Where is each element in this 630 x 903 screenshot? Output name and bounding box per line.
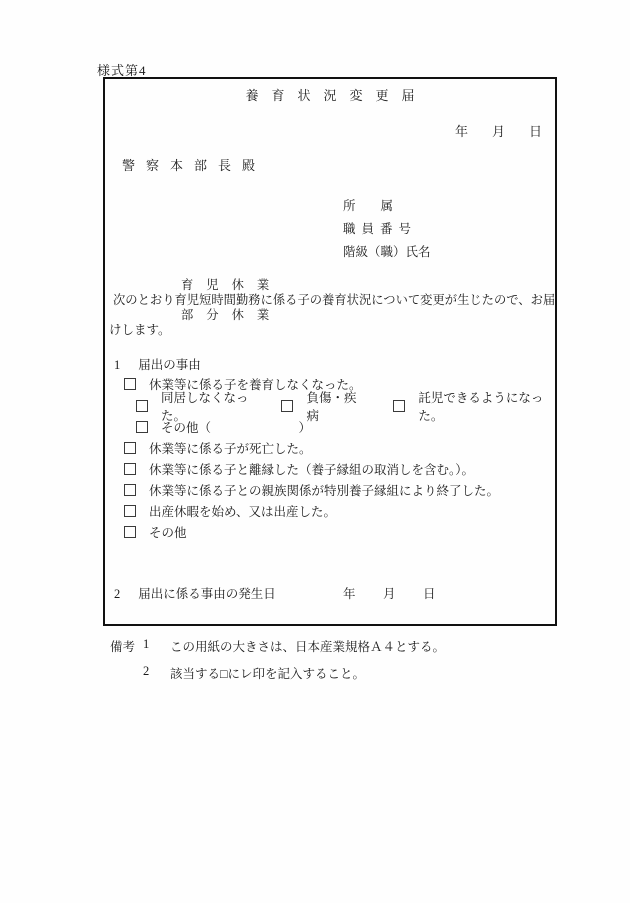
form-title: 養育状況変更届 <box>105 85 555 104</box>
checkbox-icon[interactable] <box>136 421 148 433</box>
occurrence-month-label: 月 <box>383 584 396 602</box>
sub-reason-label: 負傷・疾病 <box>306 388 363 424</box>
reason-label: 休業等に係る子が死亡した。 <box>149 439 312 457</box>
reason-item-maternity-leave: 出産休暇を始め、又は出産した。 <box>124 504 336 518</box>
affiliation-label: 所 属 <box>343 195 431 218</box>
note2-text: 該当する□にレ印を記入すること。 <box>170 664 365 682</box>
date-day-label: 日 <box>529 121 542 140</box>
note1-number: 1 <box>143 637 149 652</box>
note1-text: この用紙の大きさは、日本産業規格Ａ４とする。 <box>170 637 445 655</box>
form-border-box: 養育状況変更届 年 月 日 警察本部長殿 所 属 職員番号 階級（職）氏名 育児… <box>103 77 557 626</box>
checkbox-icon[interactable] <box>281 400 293 412</box>
checkbox-icon[interactable] <box>136 400 148 412</box>
reason-subitems-row: 同居しなくなった。 負傷・疾病 託児できるようになった。 <box>136 399 555 413</box>
checkbox-icon[interactable] <box>124 505 136 517</box>
checkbox-icon[interactable] <box>124 526 136 538</box>
rank-name-label: 階級（職）氏名 <box>343 241 431 264</box>
addressee: 警察本部長殿 <box>122 155 266 174</box>
reason-item-special-adoption-ended: 休業等に係る子との親族関係が特別養子縁組により終了した。 <box>124 483 499 497</box>
notes-label: 備考 <box>110 637 135 655</box>
checkbox-icon[interactable] <box>124 463 136 475</box>
date-month-label: 月 <box>492 121 505 140</box>
checkbox-icon[interactable] <box>124 378 136 390</box>
section1-number: 1 <box>114 358 120 373</box>
intro-sentence-line1: 次のとおり育児短時間勤務に係る子の養育状況について変更が生じたので、お届 <box>113 290 555 308</box>
date-year-label: 年 <box>455 121 468 140</box>
occurrence-year-label: 年 <box>343 584 356 602</box>
header-date-line: 年 月 日 <box>455 121 542 140</box>
applicant-block: 所 属 職員番号 階級（職）氏名 <box>343 195 431 264</box>
reason-label: 休業等に係る子と離縁した（養子縁組の取消しを含む。）。 <box>149 460 474 478</box>
checkbox-icon[interactable] <box>393 400 405 412</box>
checkbox-icon[interactable] <box>124 442 136 454</box>
checkbox-icon[interactable] <box>124 484 136 496</box>
reason-label: 休業等に係る子との親族関係が特別養子縁組により終了した。 <box>149 481 499 499</box>
section2-row: 2届出に係る事由の発生日 年 月 日 <box>114 584 555 602</box>
section2-number: 2 <box>114 587 120 602</box>
sub-reason-label: 託児できるようになった。 <box>418 388 555 424</box>
section1-heading-row: 1届出の事由 <box>114 355 201 373</box>
note2-number: 2 <box>143 664 149 679</box>
employee-number-label: 職員番号 <box>343 218 431 241</box>
reason-label: 出産休暇を始め、又は出産した。 <box>149 502 336 520</box>
reason-item-other: その他 <box>124 525 187 539</box>
occurrence-day-label: 日 <box>423 584 436 602</box>
section1-heading: 届出の事由 <box>138 358 201 372</box>
section2-heading: 届出に係る事由の発生日 <box>138 587 276 601</box>
sub-reason-other-label: その他（ ） <box>161 418 311 436</box>
reason-label: その他 <box>149 523 187 541</box>
option-partial-leave: 部分休業 <box>181 305 282 323</box>
reason-item-dissolved-adoption: 休業等に係る子と離縁した（養子縁組の取消しを含む。）。 <box>124 462 474 476</box>
reason-subitem-other-row: その他（ ） <box>136 420 311 434</box>
document-page: 様式第4 養育状況変更届 年 月 日 警察本部長殿 所 属 職員番号 階級（職）… <box>0 0 630 903</box>
intro-sentence-line2: けします。 <box>109 320 171 338</box>
reason-item-child-died: 休業等に係る子が死亡した。 <box>124 441 312 455</box>
